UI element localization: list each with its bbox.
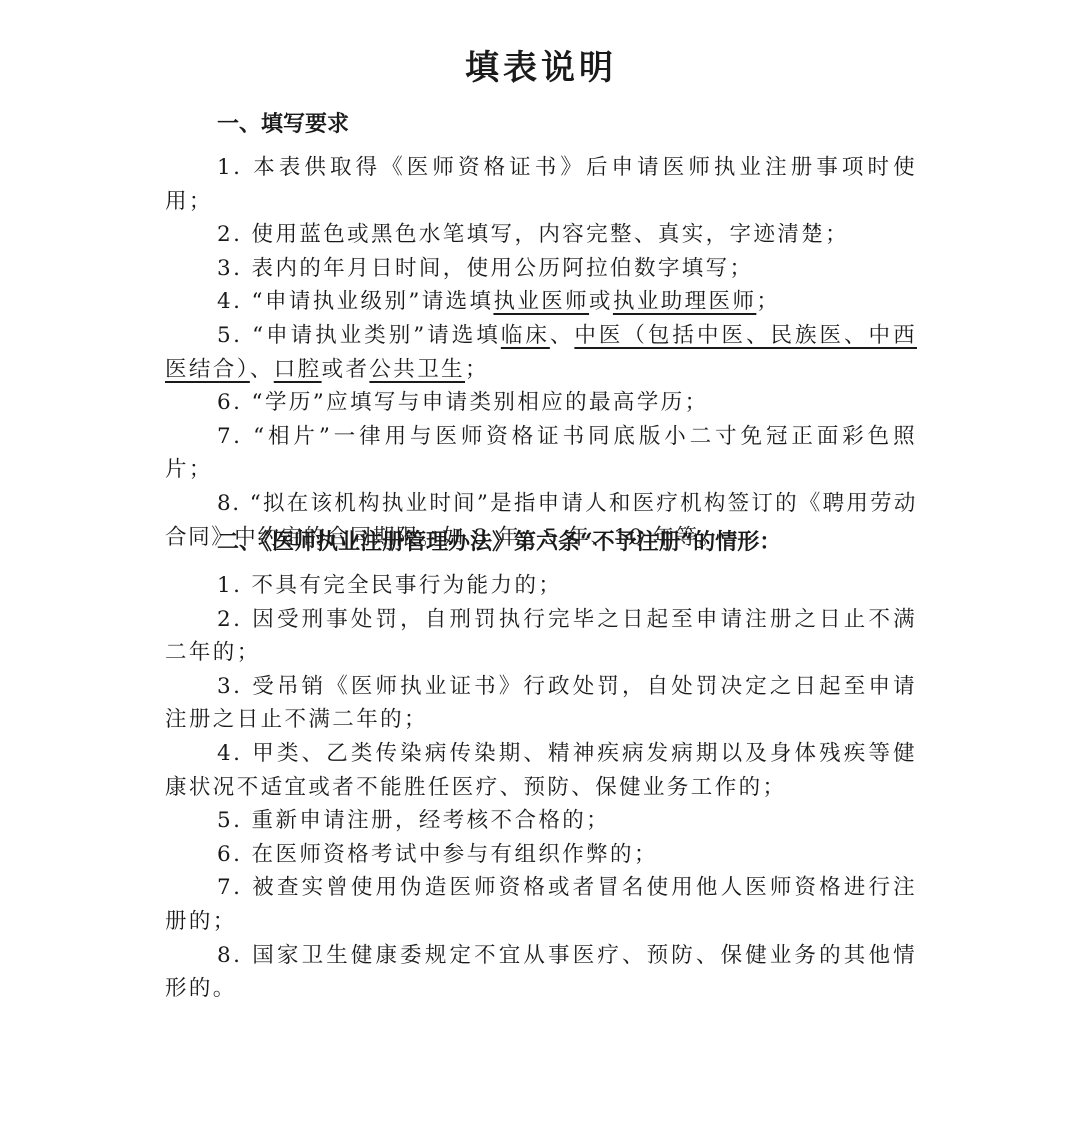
- option-assistant-physician: 执业助理医师: [613, 289, 756, 314]
- item-text: 5. “申请执业类别”请选填: [217, 323, 501, 348]
- non-registration-list: 1. 不具有完全民事行为能力的； 2. 因受刑事处罚，自刑罚执行完毕之日起至申请…: [165, 569, 917, 1006]
- list-item: 5. “申请执业类别”请选填临床、中医（包括中医、民族医、中西医结合）、口腔或者…: [165, 319, 917, 386]
- list-item: 7. “相片”一律用与医师资格证书同底版小二寸免冠正面彩色照片；: [165, 420, 917, 487]
- item-text: ；: [756, 289, 780, 314]
- list-item: 6. 在医师资格考试中参与有组织作弊的；: [165, 838, 917, 872]
- item-text: 、: [550, 323, 575, 348]
- item-text: 、: [250, 357, 274, 382]
- list-item: 3. 受吊销《医师执业证书》行政处罚，自处罚决定之日起至申请注册之日止不满二年的…: [165, 670, 917, 737]
- section-filling-requirements: 一、填写要求 1. 本表供取得《医师资格证书》后申请医师执业注册事项时使用； 2…: [165, 107, 917, 554]
- section-heading: 二、《医师执业注册管理办法》第六条“不予注册”的情形：: [165, 525, 917, 559]
- list-item: 1. 不具有完全民事行为能力的；: [165, 569, 917, 603]
- list-item: 4. “申请执业级别”请选填执业医师或执业助理医师；: [165, 285, 917, 319]
- item-text: 或者: [322, 357, 370, 382]
- list-item: 6. “学历”应填写与申请类别相应的最高学历；: [165, 386, 917, 420]
- option-public-health: 公共卫生: [369, 357, 465, 382]
- item-text: 4. “申请执业级别”请选填: [217, 289, 493, 314]
- list-item: 2. 使用蓝色或黑色水笔填写，内容完整、真实，字迹清楚；: [165, 218, 917, 252]
- list-item: 8. 国家卫生健康委规定不宜从事医疗、预防、保健业务的其他情形的。: [165, 939, 917, 1006]
- item-text: ；: [465, 357, 489, 382]
- requirements-list: 1. 本表供取得《医师资格证书》后申请医师执业注册事项时使用； 2. 使用蓝色或…: [165, 151, 917, 554]
- list-item: 2. 因受刑事处罚，自刑罚执行完毕之日起至申请注册之日止不满二年的；: [165, 603, 917, 670]
- page-title: 填表说明: [165, 40, 917, 89]
- option-clinical: 临床: [501, 323, 550, 348]
- list-item: 7. 被查实曾使用伪造医师资格或者冒名使用他人医师资格进行注册的；: [165, 871, 917, 938]
- item-text: 或: [589, 289, 613, 314]
- list-item: 4. 甲类、乙类传染病传染期、精神疾病发病期以及身体残疾等健康状况不适宜或者不能…: [165, 737, 917, 804]
- list-item: 5. 重新申请注册，经考核不合格的；: [165, 804, 917, 838]
- section-heading: 一、填写要求: [165, 107, 917, 141]
- list-item: 3. 表内的年月日时间，使用公历阿拉伯数字填写；: [165, 252, 917, 286]
- section-non-registration-cases: 二、《医师执业注册管理办法》第六条“不予注册”的情形： 1. 不具有完全民事行为…: [165, 525, 917, 1006]
- list-item: 1. 本表供取得《医师资格证书》后申请医师执业注册事项时使用；: [165, 151, 917, 218]
- option-licensed-physician: 执业医师: [493, 289, 589, 314]
- option-dental: 口腔: [274, 357, 322, 382]
